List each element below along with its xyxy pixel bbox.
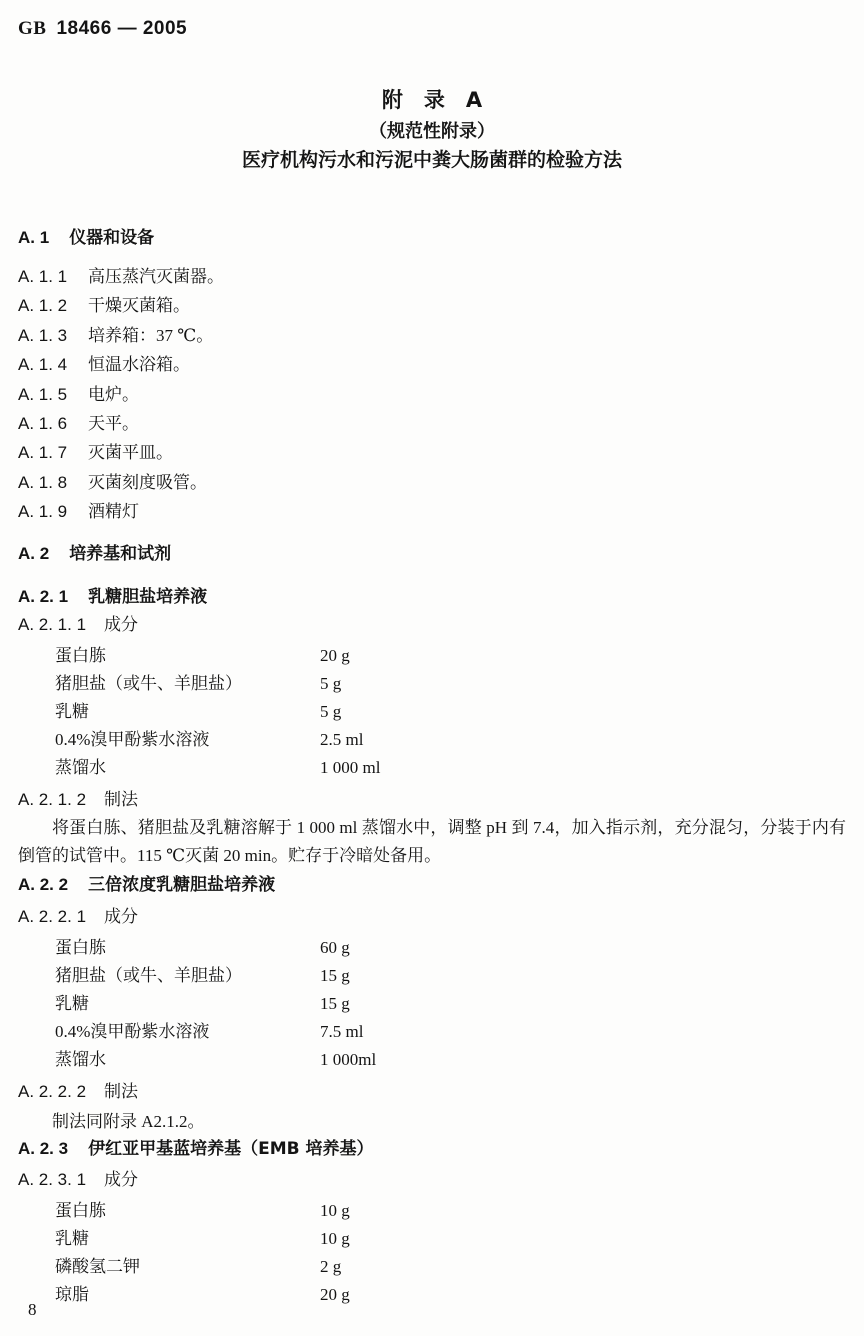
section-a22-heading: A. 2. 2 三倍浓度乳糖胆盐培养液 <box>18 873 846 897</box>
equipment-item: A. 1. 6 天平。 <box>18 409 846 438</box>
appendix-title: 附 录 A <box>18 86 846 114</box>
ingredient-table-a221: 蛋白胨 60 g 猪胆盐（或牛、羊胆盐） 15 g 乳糖 15 g 0.4%溴甲… <box>55 934 846 1075</box>
appendix-title-block: 附 录 A （规范性附录） 医疗机构污水和污泥中粪大肠菌群的检验方法 <box>18 86 846 173</box>
section-a22-title: 三倍浓度乳糖胆盐培养液 <box>88 873 275 897</box>
ingredient-table-a231: 蛋白胨 10 g 乳糖 10 g 磷酸氢二钾 2 g 琼脂 20 g <box>55 1197 846 1310</box>
equipment-item-text: 电炉。 <box>88 380 139 409</box>
equipment-item-number: A. 1. 3 <box>18 321 88 350</box>
ingredient-amount: 10 g <box>320 1225 350 1253</box>
section-a21-heading: A. 2. 1 乳糖胆盐培养液 <box>18 585 846 609</box>
ingredient-table-a211: 蛋白胨 20 g 猪胆盐（或牛、羊胆盐） 5 g 乳糖 5 g 0.4%溴甲酚紫… <box>55 642 846 783</box>
equipment-item: A. 1. 5 电炉。 <box>18 380 846 409</box>
ingredient-amount: 20 g <box>320 1281 350 1309</box>
ingredient-row: 蒸馏水 1 000ml <box>55 1046 846 1074</box>
ingredient-row: 磷酸氢二钾 2 g <box>55 1253 846 1281</box>
equipment-item-number: A. 1. 4 <box>18 350 88 379</box>
section-a221-number: A. 2. 2. 1 <box>18 905 86 929</box>
standard-code-prefix: GB <box>18 18 46 39</box>
section-a1-number: A. 1 <box>18 226 49 250</box>
ingredient-row: 猪胆盐（或牛、羊胆盐） 15 g <box>55 962 846 990</box>
equipment-item-text: 天平。 <box>88 409 139 438</box>
ingredient-name: 蛋白胨 <box>55 1197 320 1225</box>
equipment-item-number: A. 1. 6 <box>18 409 88 438</box>
equipment-item: A. 1. 2 干燥灭菌箱。 <box>18 291 846 320</box>
section-a212-number: A. 2. 1. 2 <box>18 788 86 812</box>
standard-code-number: 18466 — 2005 <box>56 18 187 39</box>
equipment-item-text: 高压蒸汽灭菌器。 <box>88 262 224 291</box>
equipment-item: A. 1. 7 灭菌平皿。 <box>18 438 846 467</box>
ingredient-row: 蒸馏水 1 000 ml <box>55 754 846 782</box>
equipment-item-text: 灭菌刻度吸管。 <box>88 468 207 497</box>
section-a1-title: 仪器和设备 <box>69 226 154 250</box>
section-a2-heading: A. 2 培养基和试剂 <box>18 542 846 566</box>
section-a231-title: 成分 <box>104 1168 138 1192</box>
preparation-reference: 制法同附录 A2.1.2。 <box>18 1108 846 1136</box>
ingredient-amount: 1 000ml <box>320 1046 376 1074</box>
equipment-item-number: A. 1. 2 <box>18 291 88 320</box>
ingredient-amount: 60 g <box>320 934 350 962</box>
ingredient-name: 琼脂 <box>55 1281 320 1309</box>
section-a23-title: 伊红亚甲基蓝培养基（EMB 培养基） <box>88 1137 373 1161</box>
ingredient-amount: 2 g <box>320 1253 341 1281</box>
ingredient-name: 磷酸氢二钾 <box>55 1253 320 1281</box>
section-a211-number: A. 2. 1. 1 <box>18 613 86 637</box>
section-a222-number: A. 2. 2. 2 <box>18 1080 86 1104</box>
ingredient-amount: 15 g <box>320 962 350 990</box>
ingredient-name: 0.4%溴甲酚紫水溶液 <box>55 1018 320 1046</box>
ingredient-amount: 7.5 ml <box>320 1018 363 1046</box>
ingredient-name: 蒸馏水 <box>55 1046 320 1074</box>
standard-code-header: GB18466 — 2005 <box>18 18 846 40</box>
equipment-item: A. 1. 3 培养箱：37 ℃。 <box>18 321 846 350</box>
equipment-item: A. 1. 4 恒温水浴箱。 <box>18 350 846 379</box>
ingredient-row: 蛋白胨 60 g <box>55 934 846 962</box>
equipment-item: A. 1. 8 灭菌刻度吸管。 <box>18 468 846 497</box>
section-a21-title: 乳糖胆盐培养液 <box>88 585 207 609</box>
equipment-item-text: 酒精灯 <box>88 497 139 526</box>
appendix-heading: 医疗机构污水和污泥中粪大肠菌群的检验方法 <box>18 147 846 173</box>
appendix-subtitle: （规范性附录） <box>18 119 846 145</box>
section-a22-number: A. 2. 2 <box>18 873 68 897</box>
ingredient-name: 乳糖 <box>55 1225 320 1253</box>
document-page: GB18466 — 2005 附 录 A （规范性附录） 医疗机构污水和污泥中粪… <box>0 0 864 1310</box>
section-a212-heading: A. 2. 1. 2 制法 <box>18 788 846 812</box>
equipment-item-number: A. 1. 8 <box>18 468 88 497</box>
ingredient-amount: 5 g <box>320 698 341 726</box>
ingredient-amount: 10 g <box>320 1197 350 1225</box>
section-a212-title: 制法 <box>104 788 138 812</box>
equipment-item: A. 1. 1 高压蒸汽灭菌器。 <box>18 262 846 291</box>
ingredient-amount: 2.5 ml <box>320 726 363 754</box>
equipment-item-text: 干燥灭菌箱。 <box>88 291 190 320</box>
ingredient-name: 蛋白胨 <box>55 934 320 962</box>
ingredient-name: 猪胆盐（或牛、羊胆盐） <box>55 962 320 990</box>
page-number: 8 <box>28 1300 37 1320</box>
equipment-item-text: 恒温水浴箱。 <box>88 350 190 379</box>
section-a23-heading: A. 2. 3 伊红亚甲基蓝培养基（EMB 培养基） <box>18 1137 846 1161</box>
ingredient-row: 乳糖 10 g <box>55 1225 846 1253</box>
equipment-item: A. 1. 9 酒精灯 <box>18 497 846 526</box>
section-a222-title: 制法 <box>104 1080 138 1104</box>
ingredient-row: 蛋白胨 10 g <box>55 1197 846 1225</box>
equipment-item-number: A. 1. 9 <box>18 497 88 526</box>
ingredient-amount: 15 g <box>320 990 350 1018</box>
ingredient-name: 乳糖 <box>55 990 320 1018</box>
ingredient-amount: 5 g <box>320 670 341 698</box>
ingredient-row: 琼脂 20 g <box>55 1281 846 1309</box>
section-a211-heading: A. 2. 1. 1 成分 <box>18 613 846 637</box>
ingredient-name: 乳糖 <box>55 698 320 726</box>
section-a231-heading: A. 2. 3. 1 成分 <box>18 1168 846 1192</box>
ingredient-name: 蛋白胨 <box>55 642 320 670</box>
section-a211-title: 成分 <box>104 613 138 637</box>
ingredient-row: 蛋白胨 20 g <box>55 642 846 670</box>
ingredient-name: 0.4%溴甲酚紫水溶液 <box>55 726 320 754</box>
ingredient-row: 乳糖 5 g <box>55 698 846 726</box>
ingredient-row: 猪胆盐（或牛、羊胆盐） 5 g <box>55 670 846 698</box>
equipment-item-text: 培养箱：37 ℃。 <box>88 321 213 350</box>
section-a222-heading: A. 2. 2. 2 制法 <box>18 1080 846 1104</box>
ingredient-row: 乳糖 15 g <box>55 990 846 1018</box>
section-a221-heading: A. 2. 2. 1 成分 <box>18 905 846 929</box>
equipment-list: A. 1. 1 高压蒸汽灭菌器。 A. 1. 2 干燥灭菌箱。 A. 1. 3 … <box>18 262 846 527</box>
equipment-item-number: A. 1. 5 <box>18 380 88 409</box>
section-a2-title: 培养基和试剂 <box>69 542 171 566</box>
ingredient-name: 蒸馏水 <box>55 754 320 782</box>
ingredient-amount: 1 000 ml <box>320 754 380 782</box>
equipment-item-number: A. 1. 7 <box>18 438 88 467</box>
section-a221-title: 成分 <box>104 905 138 929</box>
section-a231-number: A. 2. 3. 1 <box>18 1168 86 1192</box>
section-a23-number: A. 2. 3 <box>18 1137 68 1161</box>
preparation-paragraph: 将蛋白胨、猪胆盐及乳糖溶解于 1 000 ml 蒸馏水中，调整 pH 到 7.4… <box>18 814 846 870</box>
ingredient-row: 0.4%溴甲酚紫水溶液 7.5 ml <box>55 1018 846 1046</box>
ingredient-row: 0.4%溴甲酚紫水溶液 2.5 ml <box>55 726 846 754</box>
section-a2-number: A. 2 <box>18 542 49 566</box>
ingredient-name: 猪胆盐（或牛、羊胆盐） <box>55 670 320 698</box>
equipment-item-text: 灭菌平皿。 <box>88 438 173 467</box>
equipment-item-number: A. 1. 1 <box>18 262 88 291</box>
section-a1-heading: A. 1 仪器和设备 <box>18 226 846 250</box>
ingredient-amount: 20 g <box>320 642 350 670</box>
section-a21-number: A. 2. 1 <box>18 585 68 609</box>
